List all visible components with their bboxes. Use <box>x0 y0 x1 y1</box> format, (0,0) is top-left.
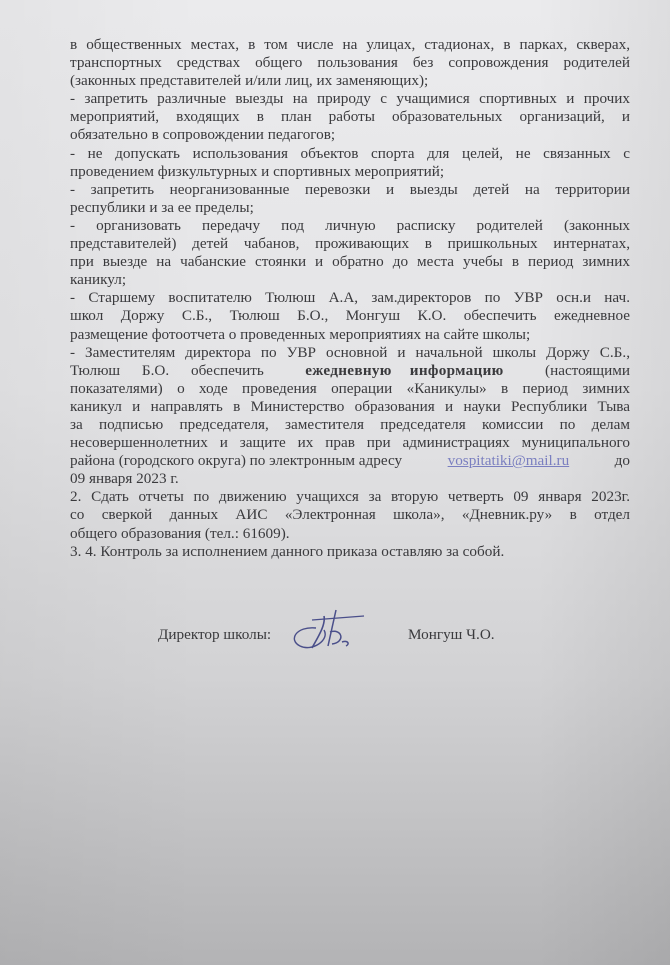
text-line: каникул и направлять в Министерство обра… <box>70 398 630 416</box>
text-line: при выезде на чабанские стоянки и обратн… <box>70 253 630 271</box>
text-line: - организовать передачу под личную распи… <box>70 217 630 235</box>
handwritten-signature-icon <box>286 606 366 656</box>
text-fragment: района (городского округа) по электронны… <box>70 452 402 470</box>
text-line: обязательно в сопровождении педагогов; <box>70 126 630 144</box>
text-line: со сверкой данных АИС «Электронная школа… <box>70 506 630 524</box>
email-link[interactable]: vospitatiki@mail.ru <box>448 452 570 470</box>
text-line-email: района (городского округа) по электронны… <box>70 452 630 470</box>
text-line: 2. Сдать отчеты по движению учащихся за … <box>70 488 630 506</box>
text-line: (законных представителей и/или лиц, их з… <box>70 72 630 90</box>
text-line: - запретить различные выезды на природу … <box>70 90 630 108</box>
text-fragment: до <box>615 452 630 470</box>
text-line: показателями) о ходе проведения операции… <box>70 380 630 398</box>
text-fragment: (настоящими <box>545 362 630 380</box>
text-line: за подписью председателя, заместителя пр… <box>70 416 630 434</box>
text-line: проведением физкультурных и спортивных м… <box>70 163 630 181</box>
document-body: в общественных местах, в том числе на ул… <box>70 36 630 561</box>
text-line: 09 января 2023 г. <box>70 470 630 488</box>
text-line: представителей) детей чабанов, проживающ… <box>70 235 630 253</box>
text-line: размещение фотоотчета о проведенных меро… <box>70 326 630 344</box>
text-line: каникул; <box>70 271 630 289</box>
text-fragment: Тюлюш Б.О. обеспечить <box>70 362 264 380</box>
text-line: 3. 4. Контроль за исполнением данного пр… <box>70 543 630 561</box>
text-line: мероприятий, входящих в план работы обра… <box>70 108 630 126</box>
text-line: в общественных местах, в том числе на ул… <box>70 36 630 54</box>
text-line: - Старшему воспитателю Тюлюш А.А, зам.ди… <box>70 289 630 307</box>
signature-label: Директор школы: <box>158 626 271 644</box>
text-line: несовершеннолетних и защите их прав при … <box>70 434 630 452</box>
text-line: республики и за ее пределы; <box>70 199 630 217</box>
text-line: транспортных средствах общего пользовани… <box>70 54 630 72</box>
text-line: - запретить неорганизованные перевозки и… <box>70 181 630 199</box>
text-line: - не допускать использования объектов сп… <box>70 145 630 163</box>
bold-text: ежедневную информацию <box>305 362 503 380</box>
text-line: общего образования (тел.: 61609). <box>70 525 630 543</box>
text-line: - Заместителям директора по УВР основной… <box>70 344 630 362</box>
text-line-bold-info: Тюлюш Б.О. обеспечить ежедневную информа… <box>70 362 630 380</box>
signature-block: Директор школы: Монгуш Ч.О. <box>158 620 558 660</box>
text-line: школ Доржу С.Б., Тюлюш Б.О., Монгуш К.О.… <box>70 307 630 325</box>
signatory-name: Монгуш Ч.О. <box>408 626 495 644</box>
